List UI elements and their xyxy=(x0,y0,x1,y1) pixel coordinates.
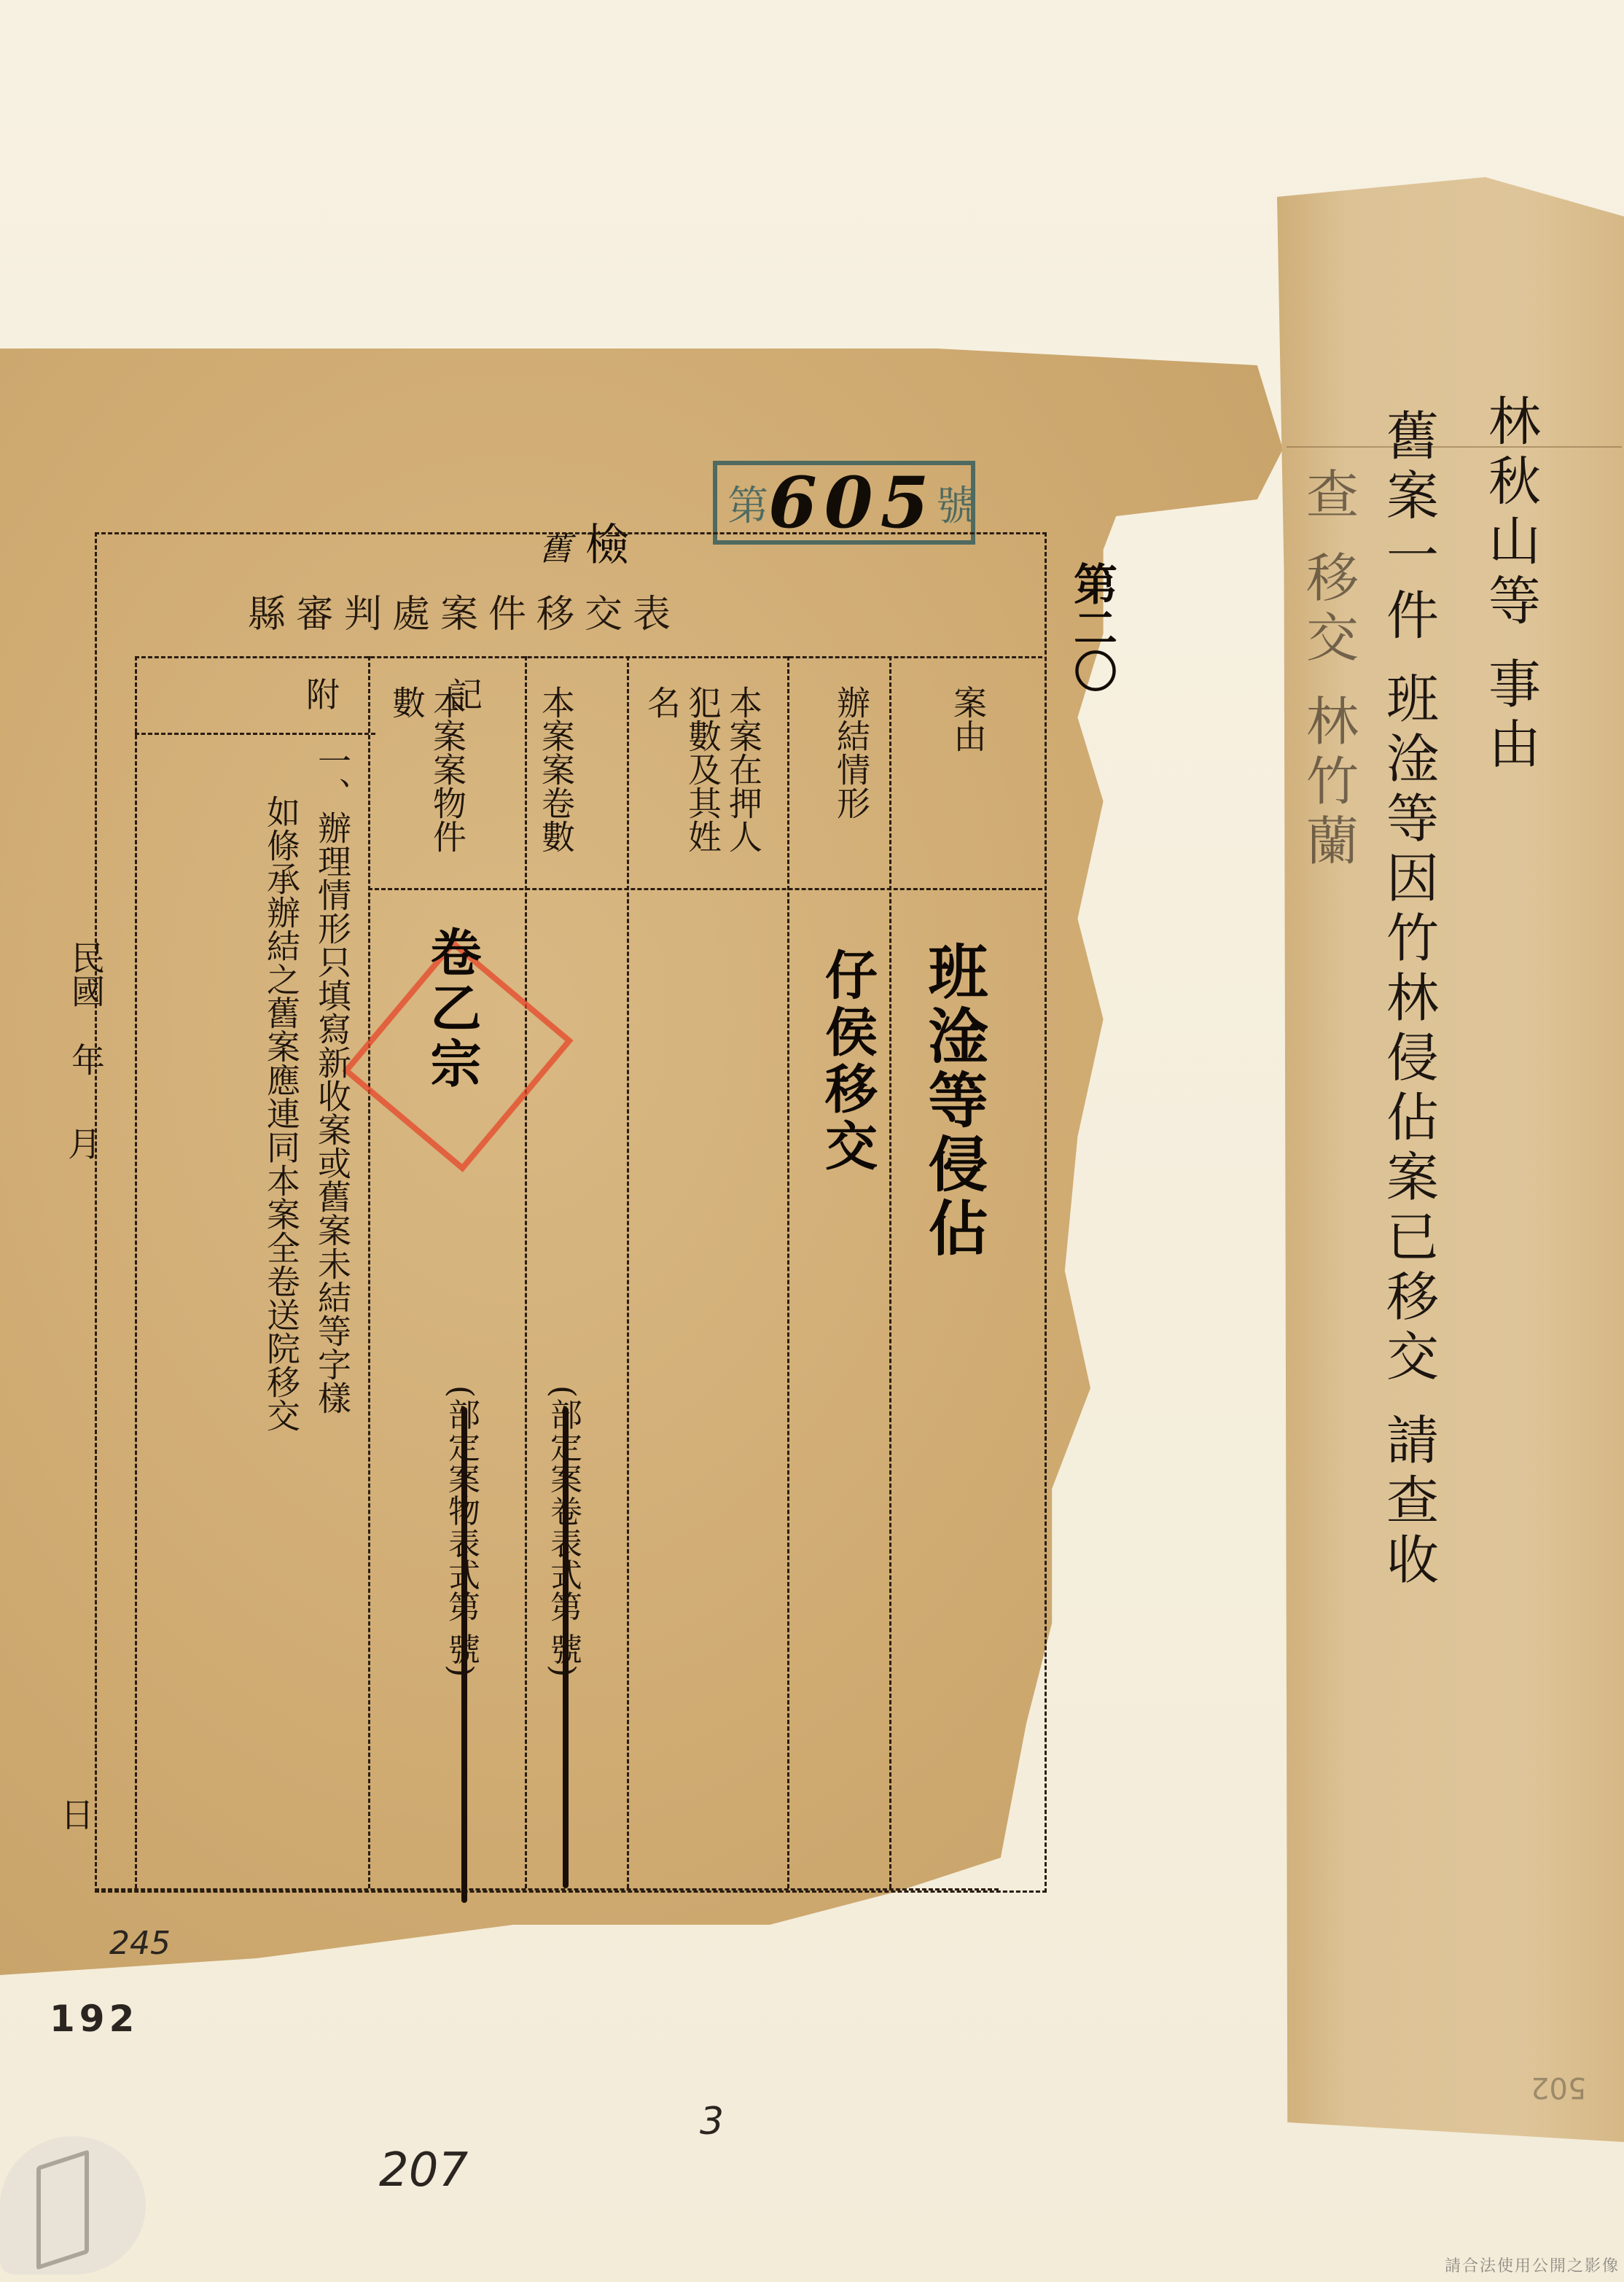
header-detainees: 本案在押人犯數及其姓名 xyxy=(641,685,764,875)
header-bottom-rule xyxy=(368,888,1042,890)
strikethrough-line xyxy=(563,1407,569,1888)
col-rule xyxy=(525,656,527,1888)
date-year: 年 xyxy=(62,1043,110,1076)
strikethrough-line xyxy=(461,1407,467,1903)
header-case-subject: 案由 xyxy=(948,685,988,752)
date-day: 日 xyxy=(51,1797,99,1831)
form-title: 縣審判處案件移交表 xyxy=(248,583,681,638)
entry-file-count: 卷乙宗 xyxy=(415,926,489,1092)
strip-fold-line xyxy=(1287,446,1622,448)
header-handling-status: 辦結情形 xyxy=(831,685,872,819)
col-rule xyxy=(627,656,629,1888)
stamp-suffix: 號 xyxy=(936,474,977,532)
header-remarks: 附記 xyxy=(306,674,592,733)
strip-line-2: 舊案一件 班淦等因竹林侵佔案已移交 請查收 xyxy=(1370,408,1446,2158)
notes-header-rule xyxy=(135,733,375,735)
footnote-line-2: 如條承辦結之舊案應連同本案全卷送院移交 xyxy=(259,795,304,1888)
col-rule xyxy=(368,656,370,1888)
struck-item-form-note: (部定案物表式第 號) xyxy=(437,1385,484,1896)
strip-line-3: 查 移交 林竹蘭 xyxy=(1290,467,1366,2143)
date-month: 月 xyxy=(58,1126,106,1160)
entry-case-subject: 班淦等侵佔 xyxy=(911,941,996,1261)
book-icon xyxy=(36,2149,89,2270)
footnote-line-1: 一、辦理情形只填寫新收案或舊案未結等字樣 xyxy=(310,744,355,1881)
col-rule xyxy=(787,656,789,1888)
serial-mark: 第二〇 xyxy=(1061,561,1123,693)
mount-small-number: 3 xyxy=(700,2100,724,2143)
date-era: 民國 xyxy=(62,941,110,1008)
mount-pencil-number: 207 xyxy=(379,2143,468,2197)
usage-watermark: 請合法使用公開之影像 xyxy=(1445,2254,1620,2276)
stamp-prefix: 第 xyxy=(727,474,768,532)
col-rule xyxy=(135,656,137,1888)
header-top-rule xyxy=(135,656,1042,658)
col-rule xyxy=(889,656,891,1888)
entry-handling-status: 仔侯移交 xyxy=(809,948,885,1175)
strip-line-1: 林秋山等 事由 xyxy=(1472,394,1548,2143)
stamped-page-number: 192 xyxy=(50,1998,138,2040)
faint-mirror-number: 502 xyxy=(1531,2071,1586,2104)
pencil-number: 245 xyxy=(109,1925,171,1962)
